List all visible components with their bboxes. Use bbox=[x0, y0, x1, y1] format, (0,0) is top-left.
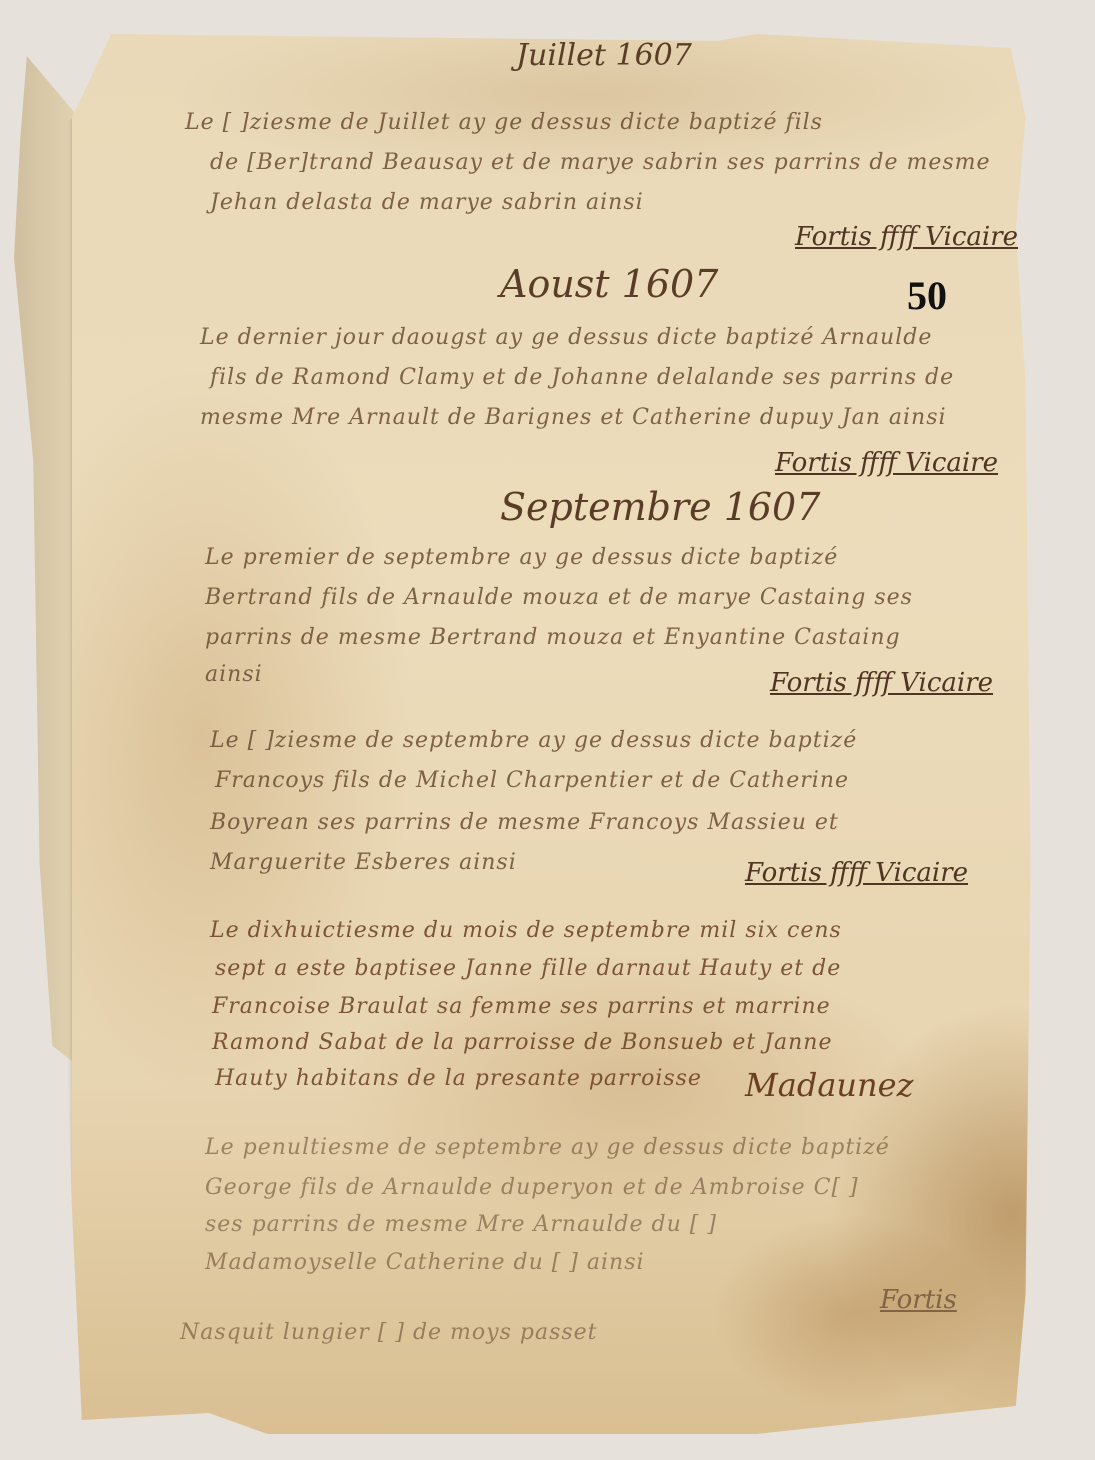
heading-aoust: Aoust 1607 bbox=[500, 262, 718, 306]
entry-line: Ramond Sabat de la parroisse de Bonsueb … bbox=[212, 1030, 832, 1055]
entry-line: Jehan delasta de marye sabrin ainsi bbox=[210, 190, 644, 215]
signature: Fortis ffff Vicaire bbox=[775, 448, 998, 478]
entry-line: ses parrins de mesme Mre Arnaulde du [ ] bbox=[205, 1212, 717, 1237]
folio-number: 50 bbox=[907, 272, 947, 319]
entry-line: Madamoyselle Catherine du [ ] ainsi bbox=[205, 1250, 645, 1275]
entry-line: Le [ ]ziesme de Juillet ay ge dessus dic… bbox=[185, 110, 823, 135]
entry-line: Le dixhuictiesme du mois de septembre mi… bbox=[210, 918, 842, 943]
entry-line: sept a este baptisee Janne fille darnaut… bbox=[215, 956, 841, 981]
entry-line: fils de Ramond Clamy et de Johanne delal… bbox=[210, 365, 954, 390]
entry-line: Le premier de septembre ay ge dessus dic… bbox=[205, 545, 838, 570]
signature: Fortis ffff Vicaire bbox=[795, 222, 1018, 252]
entry-line: Le dernier jour daougst ay ge dessus dic… bbox=[200, 325, 932, 350]
entry-line: de [Ber]trand Beausay et de marye sabrin… bbox=[210, 150, 991, 175]
signature: Madaunez bbox=[745, 1066, 913, 1104]
entry-line: Marguerite Esberes ainsi bbox=[210, 850, 517, 875]
signature: Fortis bbox=[880, 1285, 957, 1315]
signature: Fortis ffff Vicaire bbox=[770, 668, 993, 698]
entry-line: Boyrean ses parrins de mesme Francoys Ma… bbox=[210, 810, 839, 835]
entry-line: George fils de Arnaulde duperyon et de A… bbox=[205, 1175, 859, 1200]
footer-line: Nasquit lungier [ ] de moys passet bbox=[180, 1320, 598, 1345]
entry-line: Bertrand fils de Arnaulde mouza et de ma… bbox=[205, 585, 913, 610]
entry-line: Francoys fils de Michel Charpentier et d… bbox=[215, 768, 849, 793]
signature: Fortis ffff Vicaire bbox=[745, 858, 968, 888]
torn-left-edge bbox=[14, 56, 78, 1066]
heading-juillet: Juillet 1607 bbox=[516, 38, 692, 73]
entry-line: Le penultiesme de septembre ay ge dessus… bbox=[205, 1135, 890, 1160]
entry-line: parrins de mesme Bertrand mouza et Enyan… bbox=[205, 625, 901, 650]
entry-line: mesme Mre Arnault de Barignes et Catheri… bbox=[200, 405, 947, 430]
entry-line: Hauty habitans de la presante parroisse bbox=[215, 1066, 702, 1091]
entry-line: ainsi bbox=[205, 662, 263, 687]
entry-line: Francoise Braulat sa femme ses parrins e… bbox=[212, 994, 831, 1019]
heading-septembre: Septembre 1607 bbox=[500, 485, 820, 529]
entry-line: Le [ ]ziesme de septembre ay ge dessus d… bbox=[210, 728, 857, 753]
